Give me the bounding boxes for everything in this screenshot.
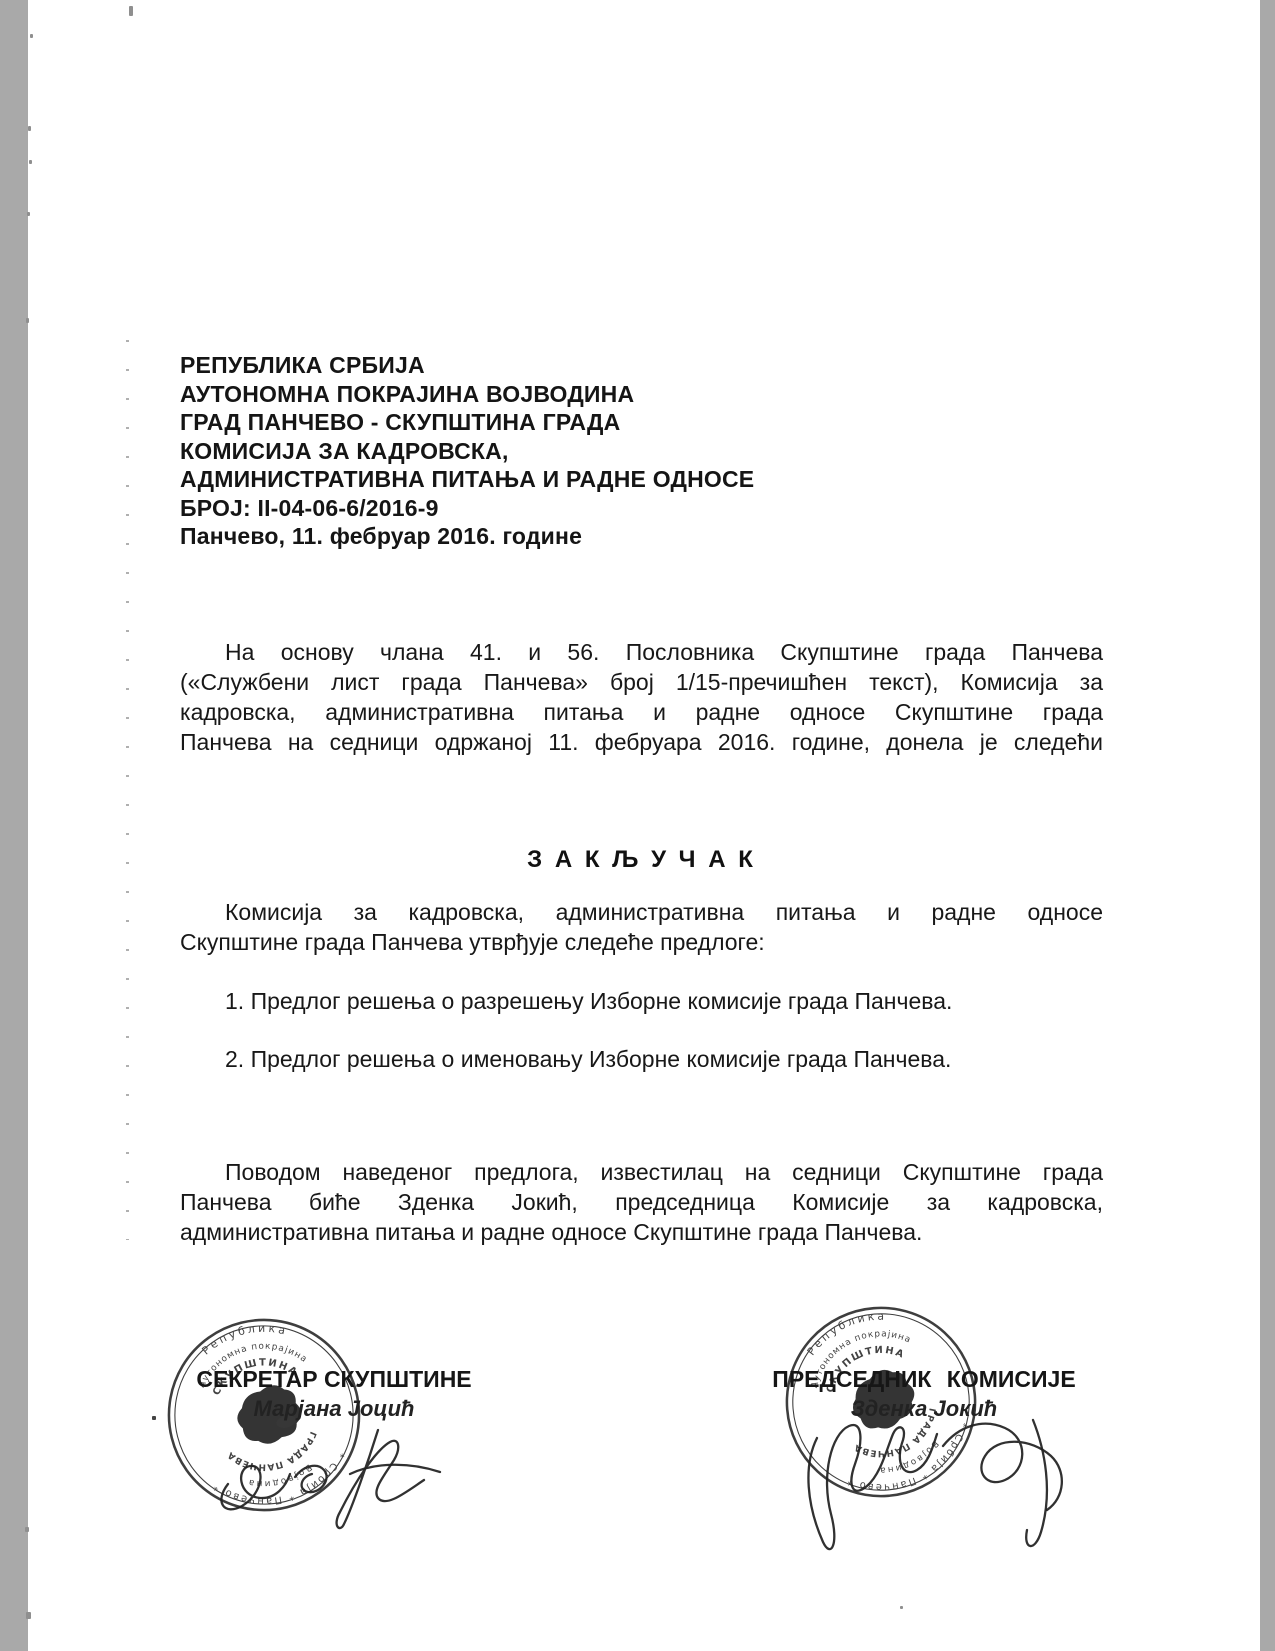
proposal-line: Комисија за кадровска, административна п… (180, 897, 1103, 927)
letterhead-line-province: АУТОНОМНА ПОКРАЈИНА ВОЈВОДИНА (180, 380, 1110, 409)
handwritten-signature-president (783, 1386, 1083, 1566)
intro-line: На основу члана 41. и 56. Пословника Ску… (180, 637, 1103, 667)
signature-stroke (808, 1425, 937, 1549)
letterhead-line-republic: РЕПУБЛИКА СРБИЈА (180, 351, 1110, 380)
signatory-title-secretary: СЕКРЕТАР СКУПШТИНЕ (178, 1366, 490, 1393)
closing-line: Панчева биће Зденка Јокић, председница К… (180, 1187, 1103, 1217)
scan-speck (900, 1606, 903, 1609)
scan-speck (25, 1527, 29, 1532)
letterhead-line-date: Панчево, 11. фебруар 2016. године (180, 522, 1110, 551)
scan-speck (129, 6, 133, 16)
handwritten-signature-secretary (200, 1422, 460, 1532)
scan-speck (30, 34, 33, 38)
signature-stroke (943, 1424, 1062, 1510)
closing-paragraph: Поводом наведеног предлога, известилац н… (180, 1157, 1103, 1247)
intro-line: («Службени лист града Панчева» број 1/15… (180, 667, 1103, 697)
scan-speck (28, 126, 31, 131)
scan-speck (152, 1416, 156, 1420)
scan-margin-ticks (126, 340, 129, 1240)
proposal-paragraph: Комисија за кадровска, административна п… (180, 897, 1103, 957)
letterhead-block: РЕПУБЛИКА СРБИЈА АУТОНОМНА ПОКРАЈИНА ВОЈ… (180, 351, 1110, 551)
signature-stroke (221, 1466, 290, 1509)
scan-speck (29, 160, 32, 164)
closing-line: Поводом наведеног предлога, известилац н… (180, 1157, 1103, 1187)
signature-stroke (295, 1466, 327, 1492)
intro-line: Панчева на седници одржаној 11. фебруара… (180, 727, 1103, 757)
proposal-item-1: 1. Предлог решења о разрешењу Изборне ко… (225, 988, 1125, 1015)
scan-edge-right (1260, 0, 1275, 1651)
closing-line: административна питања и радне односе Ск… (180, 1217, 1103, 1247)
scan-edge-left (0, 0, 28, 1651)
signature-stroke (337, 1430, 424, 1528)
scan-speck (27, 212, 30, 216)
letterhead-line-commission: КОМИСИЈА ЗА КАДРОВСКА, (180, 437, 1110, 466)
intro-line: кадровска, административна питања и радн… (180, 697, 1103, 727)
decree-title: З А К Љ У Ч А К (180, 846, 1103, 874)
letterhead-line-commission2: АДМИНИСТРАТИВНА ПИТАЊА И РАДНЕ ОДНОСЕ (180, 465, 1110, 494)
proposal-line: Скупштине града Панчева утврђује следеће… (180, 927, 1103, 957)
letterhead-line-number: БРОЈ: II-04-06-6/2016-9 (180, 494, 1110, 523)
signature-stroke (1026, 1420, 1047, 1546)
scan-speck (26, 318, 29, 323)
proposal-item-2: 2. Предлог решења о именовању Изборне ко… (225, 1046, 1125, 1073)
letterhead-line-city: ГРАД ПАНЧЕВО - СКУПШТИНА ГРАДА (180, 408, 1110, 437)
intro-paragraph: На основу члана 41. и 56. Пословника Ску… (180, 637, 1103, 757)
scanned-document-page: РЕПУБЛИКА СРБИЈА АУТОНОМНА ПОКРАЈИНА ВОЈ… (0, 0, 1275, 1651)
signatory-name-secretary: Марјана Јоцић (178, 1396, 490, 1422)
scan-speck (26, 1612, 31, 1619)
